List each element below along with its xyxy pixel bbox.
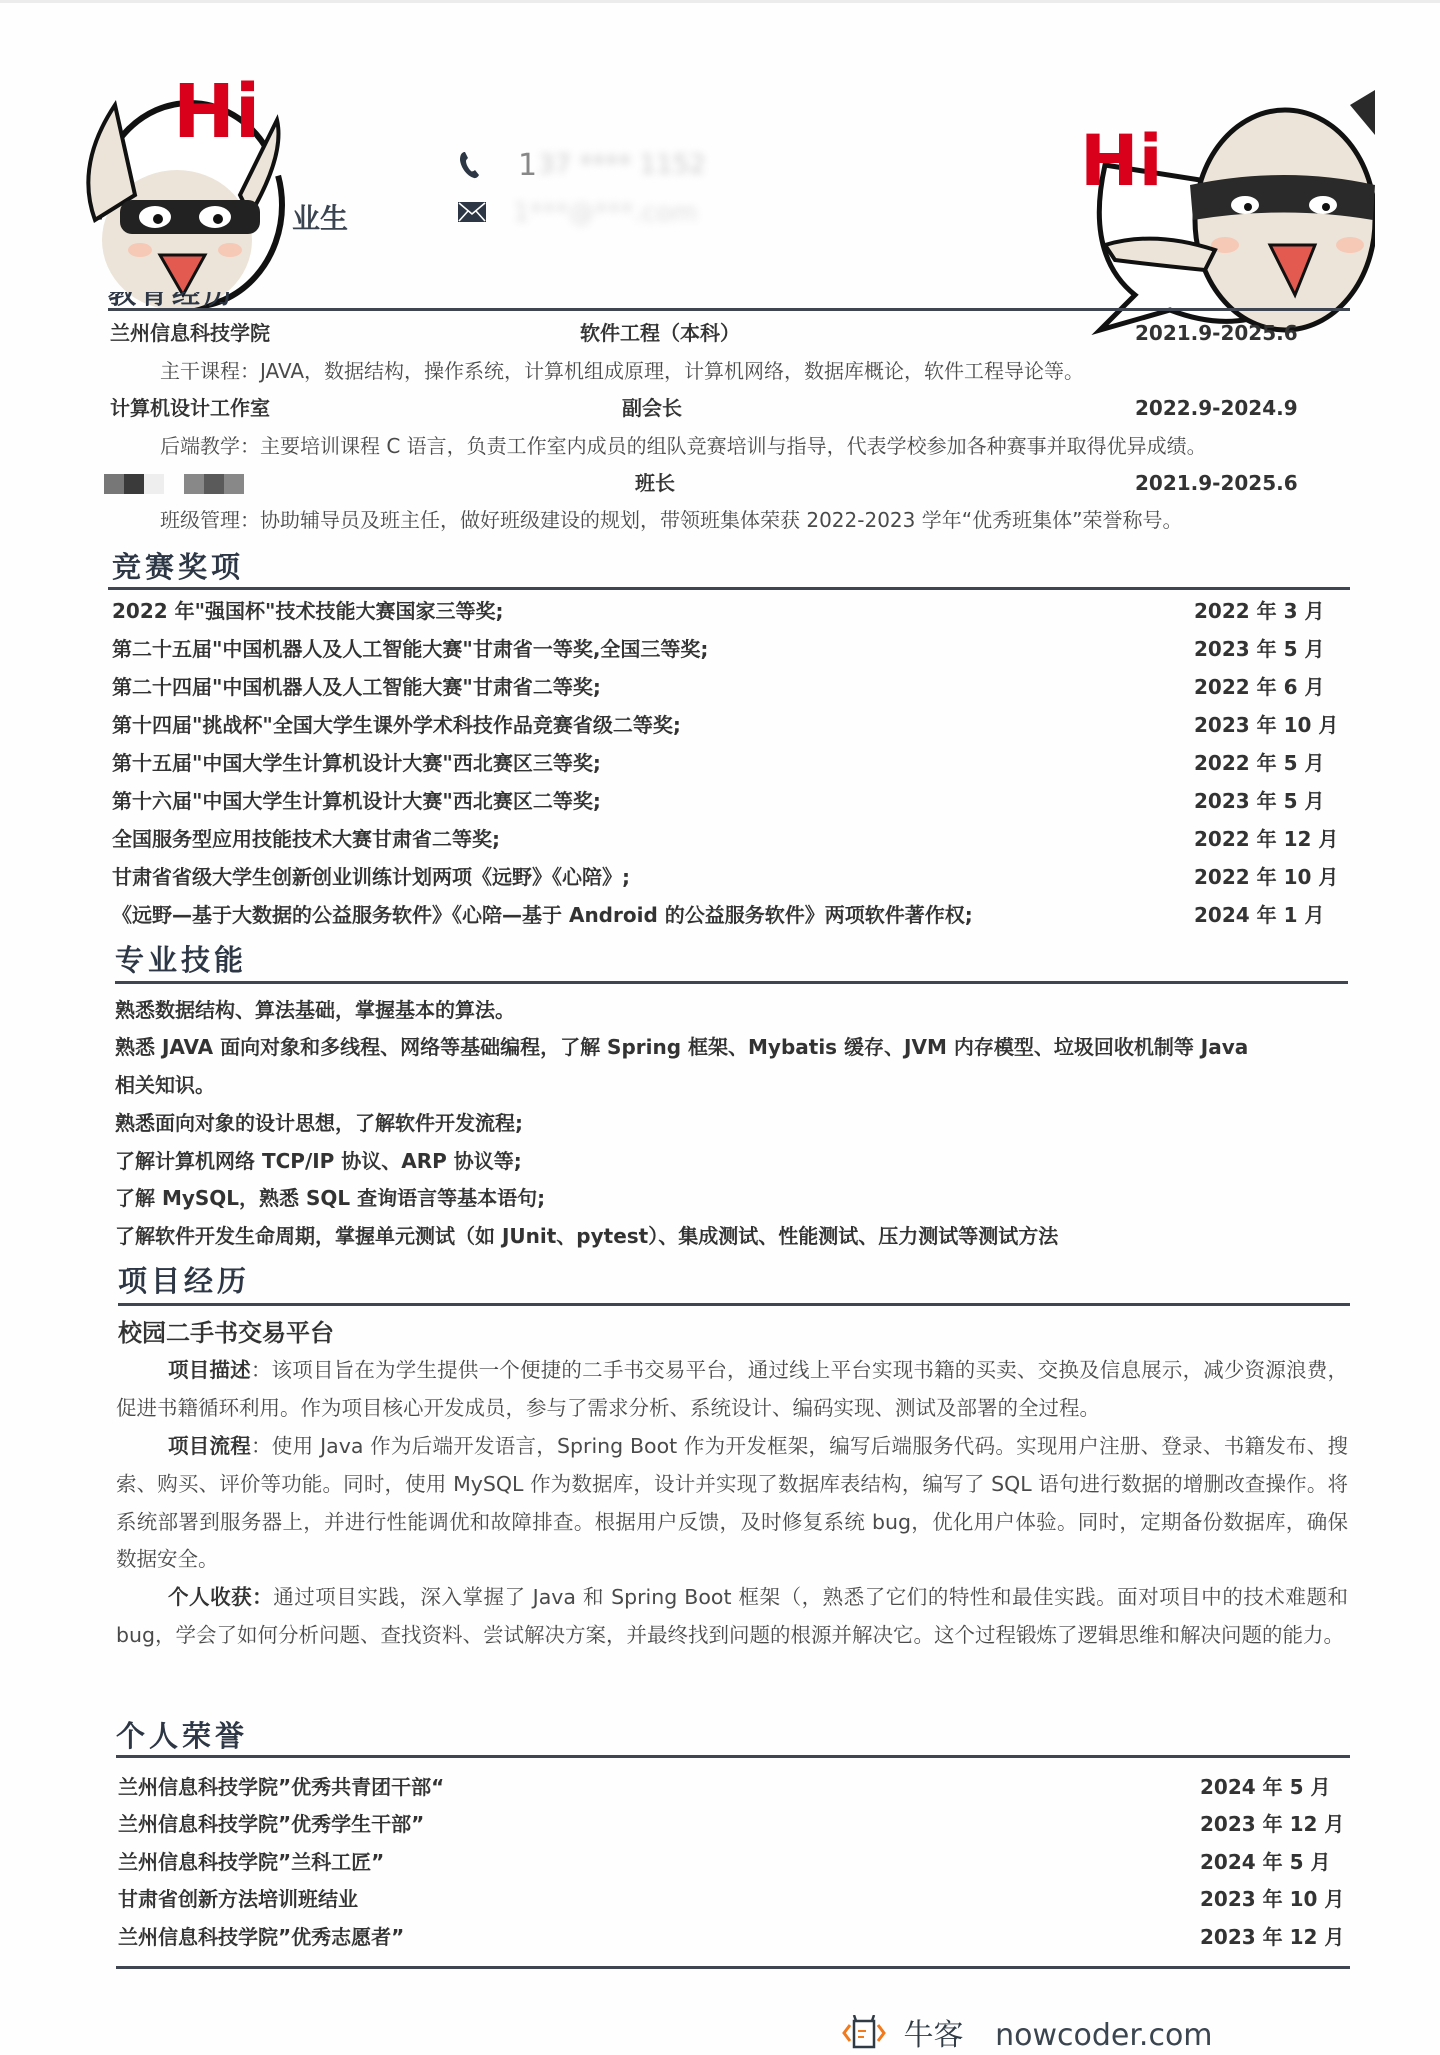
education-school: 兰州信息科技学院 <box>110 316 270 350</box>
competition-date: 2023 年 5 月 <box>1194 632 1324 666</box>
sticker-hi-text-right: Hi <box>1080 120 1163 202</box>
competition-text: 第十五届"中国大学生计算机设计大赛"西北赛区三等奖; <box>112 751 601 775</box>
education-date: 2021.9-2025.6 <box>1135 316 1298 350</box>
education-entry-1: 兰州信息科技学院 软件工程（本科） 2021.9-2025.6 <box>110 316 1350 350</box>
honor-item: 兰州信息科技学院”优秀学生干部” 2023 年 12 月 <box>118 1807 1358 1841</box>
honor-text: 兰州信息科技学院”优秀志愿者” <box>118 1925 404 1949</box>
honor-date: 2023 年 10 月 <box>1200 1882 1344 1916</box>
competition-date: 2023 年 5 月 <box>1194 784 1324 818</box>
education-desc-text: 主干课程：JAVA，数据结构，操作系统，计算机组成原理，计算机网络，数据库概论，… <box>160 354 1084 388</box>
ninja-sticker-right-icon: Hi <box>1075 45 1375 335</box>
project-desc-label: 项目描述 <box>168 1358 251 1382</box>
skills-rule <box>115 981 1348 984</box>
competition-text: 甘肃省省级大学生创新创业训练计划两项《远野》《心陪》; <box>112 865 630 889</box>
email-icon <box>458 202 486 222</box>
competition-item: 第十五届"中国大学生计算机设计大赛"西北赛区三等奖; 2022 年 5 月 <box>112 746 1352 780</box>
ninja-sticker-left-icon: Hi <box>55 45 335 310</box>
project-flow-label: 项目流程 <box>168 1434 251 1458</box>
honors-heading: 个人荣誉 <box>116 1714 248 1755</box>
honor-date: 2024 年 5 月 <box>1200 1770 1330 1804</box>
competition-item: 甘肃省省级大学生创新创业训练计划两项《远野》《心陪》; 2022 年 10 月 <box>112 860 1352 894</box>
honors-bottom-rule <box>116 1966 1350 1969</box>
project-gain-text: 通过项目实践，深入掌握了 Java 和 Spring Boot 框架（，熟悉了它… <box>116 1585 1348 1647</box>
competition-date: 2022 年 3 月 <box>1194 594 1324 628</box>
project-title: 校园二手书交易平台 <box>118 1313 334 1348</box>
project-desc-text: ：该项目旨在为学生提供一个便捷的二手书交易平台，通过线上平台实现书籍的买卖、交换… <box>116 1358 1348 1420</box>
competition-date: 2022 年 5 月 <box>1194 746 1324 780</box>
skill-line: 了解 MySQL，熟悉 SQL 查询语言等基本语句; <box>115 1181 1355 1215</box>
nowcoder-domain: nowcoder.com <box>995 2018 1212 2053</box>
sticker-hi-right: Hi <box>1075 45 1375 335</box>
skill-line: 相关知识。 <box>115 1068 1355 1102</box>
skill-line: 熟悉数据结构、算法基础，掌握基本的算法。 <box>115 993 1355 1027</box>
competition-text: 第十四届"挑战杯"全国大学生课外学术科技作品竞赛省级二等奖; <box>112 713 681 737</box>
honor-date: 2023 年 12 月 <box>1200 1920 1344 1954</box>
competition-text: 第二十四届"中国机器人及人工智能大赛"甘肃省二等奖; <box>112 675 601 699</box>
education-desc-1: 主干课程：JAVA，数据结构，操作系统，计算机组成原理，计算机网络，数据库概论，… <box>110 354 1350 388</box>
competition-date: 2022 年 10 月 <box>1194 860 1338 894</box>
projects-heading: 项目经历 <box>118 1259 250 1300</box>
competition-item: 全国服务型应用技能技术大赛甘肃省二等奖; 2022 年 12 月 <box>112 822 1352 856</box>
class-date: 2021.9-2025.6 <box>1135 466 1298 500</box>
competition-item: 第二十四届"中国机器人及人工智能大赛"甘肃省二等奖; 2022 年 6 月 <box>112 670 1352 704</box>
competition-date: 2022 年 12 月 <box>1194 822 1338 856</box>
competitions-rule <box>108 587 1350 590</box>
honor-text: 兰州信息科技学院”优秀学生干部” <box>118 1812 424 1836</box>
top-border <box>0 0 1440 3</box>
project-gain-label: 个人收获： <box>168 1585 273 1609</box>
honor-date: 2023 年 12 月 <box>1200 1807 1344 1841</box>
education-desc-3: 班级管理：协助辅导员及班主任，做好班级建设的规划，带领班集体荣获 2022-20… <box>110 503 1350 537</box>
competition-date: 2023 年 10 月 <box>1194 708 1338 742</box>
competition-text: 第二十五届"中国机器人及人工智能大赛"甘肃省一等奖,全国三等奖; <box>112 637 708 661</box>
competitions-heading: 竞赛奖项 <box>112 545 244 586</box>
skill-line: 了解计算机网络 TCP/IP 协议、ARP 协议等; <box>115 1144 1355 1178</box>
honor-text: 甘肃省创新方法培训班结业 <box>118 1887 358 1911</box>
education-rule <box>108 308 1350 311</box>
phone-number: 1 <box>518 148 537 183</box>
project-flow-text: ：使用 Java 作为后端开发语言，Spring Boot 作为开发框架，编写后… <box>116 1434 1348 1571</box>
honor-item: 兰州信息科技学院”兰科工匠” 2024 年 5 月 <box>118 1845 1358 1879</box>
projects-rule <box>118 1303 1350 1306</box>
honor-item: 兰州信息科技学院”优秀志愿者” 2023 年 12 月 <box>118 1920 1358 1954</box>
project-flow: 项目流程：使用 Java 作为后端开发语言，Spring Boot 作为开发框架… <box>116 1428 1348 1579</box>
nowcoder-watermark: 牛客 nowcoder.com <box>842 2010 1213 2054</box>
honor-item: 甘肃省创新方法培训班结业 2023 年 10 月 <box>118 1882 1358 1916</box>
competition-item: 第二十五届"中国机器人及人工智能大赛"甘肃省一等奖,全国三等奖; 2023 年 … <box>112 632 1352 666</box>
project-description: 项目描述：该项目旨在为学生提供一个便捷的二手书交易平台，通过线上平台实现书籍的买… <box>116 1352 1348 1428</box>
competition-text: 2022 年"强国杯"技术技能大赛国家三等奖; <box>112 599 503 623</box>
nowcoder-logo-icon <box>842 2015 886 2051</box>
email-blurred: 1***@***.com <box>513 198 697 228</box>
education-desc-2: 后端教学：主要培训课程 C 语言，负责工作室内成员的组队竞赛培训与指导，代表学校… <box>110 429 1350 463</box>
class-role: 班长 <box>635 466 675 500</box>
org-name: 计算机设计工作室 <box>110 391 270 425</box>
phone-number-blurred: 37 **** 1152 <box>538 150 706 180</box>
competition-text: 全国服务型应用技能技术大赛甘肃省二等奖; <box>112 827 500 851</box>
project-gain: 个人收获：通过项目实践，深入掌握了 Java 和 Spring Boot 框架（… <box>116 1579 1348 1655</box>
honor-text: 兰州信息科技学院”优秀共青团干部“ <box>118 1775 444 1799</box>
skill-line: 熟悉面向对象的设计思想，了解软件开发流程; <box>115 1106 1355 1140</box>
sticker-hi-text: Hi <box>173 69 260 155</box>
skill-line: 熟悉 JAVA 面向对象和多线程、网络等基础编程，了解 Spring 框架、My… <box>115 1030 1355 1064</box>
skills-heading: 专业技能 <box>115 938 247 979</box>
skill-line: 了解软件开发生命周期，掌握单元测试（如 JUnit、pytest）、集成测试、性… <box>115 1219 1355 1253</box>
honor-text: 兰州信息科技学院”兰科工匠” <box>118 1850 384 1874</box>
competition-item: 第十四届"挑战杯"全国大学生课外学术科技作品竞赛省级二等奖; 2023 年 10… <box>112 708 1352 742</box>
competition-item: 第十六届"中国大学生计算机设计大赛"西北赛区二等奖; 2023 年 5 月 <box>112 784 1352 818</box>
competition-date: 2022 年 6 月 <box>1194 670 1324 704</box>
education-entry-2: 计算机设计工作室 副会长 2022.9-2024.9 <box>110 391 1350 425</box>
competition-item: 《远野—基于大数据的公益服务软件》《心陪—基于 Android 的公益服务软件》… <box>112 898 1352 932</box>
phone-icon <box>458 150 482 180</box>
competition-item: 2022 年"强国杯"技术技能大赛国家三等奖; 2022 年 3 月 <box>112 594 1352 628</box>
class-desc-text: 班级管理：协助辅导员及班主任，做好班级建设的规划，带领班集体荣获 2022-20… <box>160 503 1182 537</box>
org-role: 副会长 <box>622 391 682 425</box>
education-major: 软件工程（本科） <box>580 316 740 350</box>
sticker-hi-left: Hi <box>55 45 335 310</box>
org-desc-text: 后端教学：主要培训课程 C 语言，负责工作室内成员的组队竞赛培训与指导，代表学校… <box>160 429 1207 463</box>
nowcoder-brand: 牛客 <box>904 2018 964 2053</box>
honors-rule <box>116 1755 1350 1758</box>
competition-date: 2024 年 1 月 <box>1194 898 1324 932</box>
education-entry-3: 班长 2021.9-2025.6 <box>110 466 1350 500</box>
competition-text: 《远野—基于大数据的公益服务软件》《心陪—基于 Android 的公益服务软件》… <box>112 903 973 927</box>
redacted-name <box>104 474 254 494</box>
competition-text: 第十六届"中国大学生计算机设计大赛"西北赛区二等奖; <box>112 789 601 813</box>
honor-item: 兰州信息科技学院”优秀共青团干部“ 2024 年 5 月 <box>118 1770 1358 1804</box>
org-date: 2022.9-2024.9 <box>1135 391 1298 425</box>
honor-date: 2024 年 5 月 <box>1200 1845 1330 1879</box>
